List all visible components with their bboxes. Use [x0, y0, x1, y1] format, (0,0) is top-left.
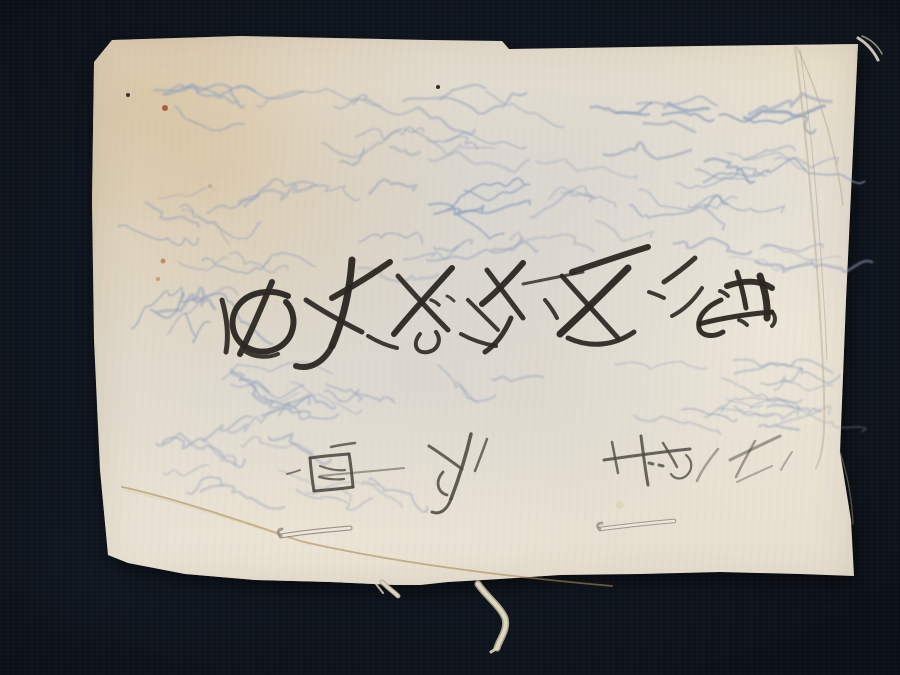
- date-inscription: [287, 434, 792, 513]
- bleedthrough-writing: [118, 84, 872, 512]
- ink-overlay: [0, 0, 900, 675]
- stain-specks: [126, 85, 624, 509]
- paper-fastener-right: [598, 521, 674, 529]
- paper-fastener-left: [278, 528, 350, 536]
- paper-twist-cord: [478, 584, 506, 652]
- main-inscription-calligraphy: [222, 247, 775, 367]
- photo-scene: [0, 0, 900, 675]
